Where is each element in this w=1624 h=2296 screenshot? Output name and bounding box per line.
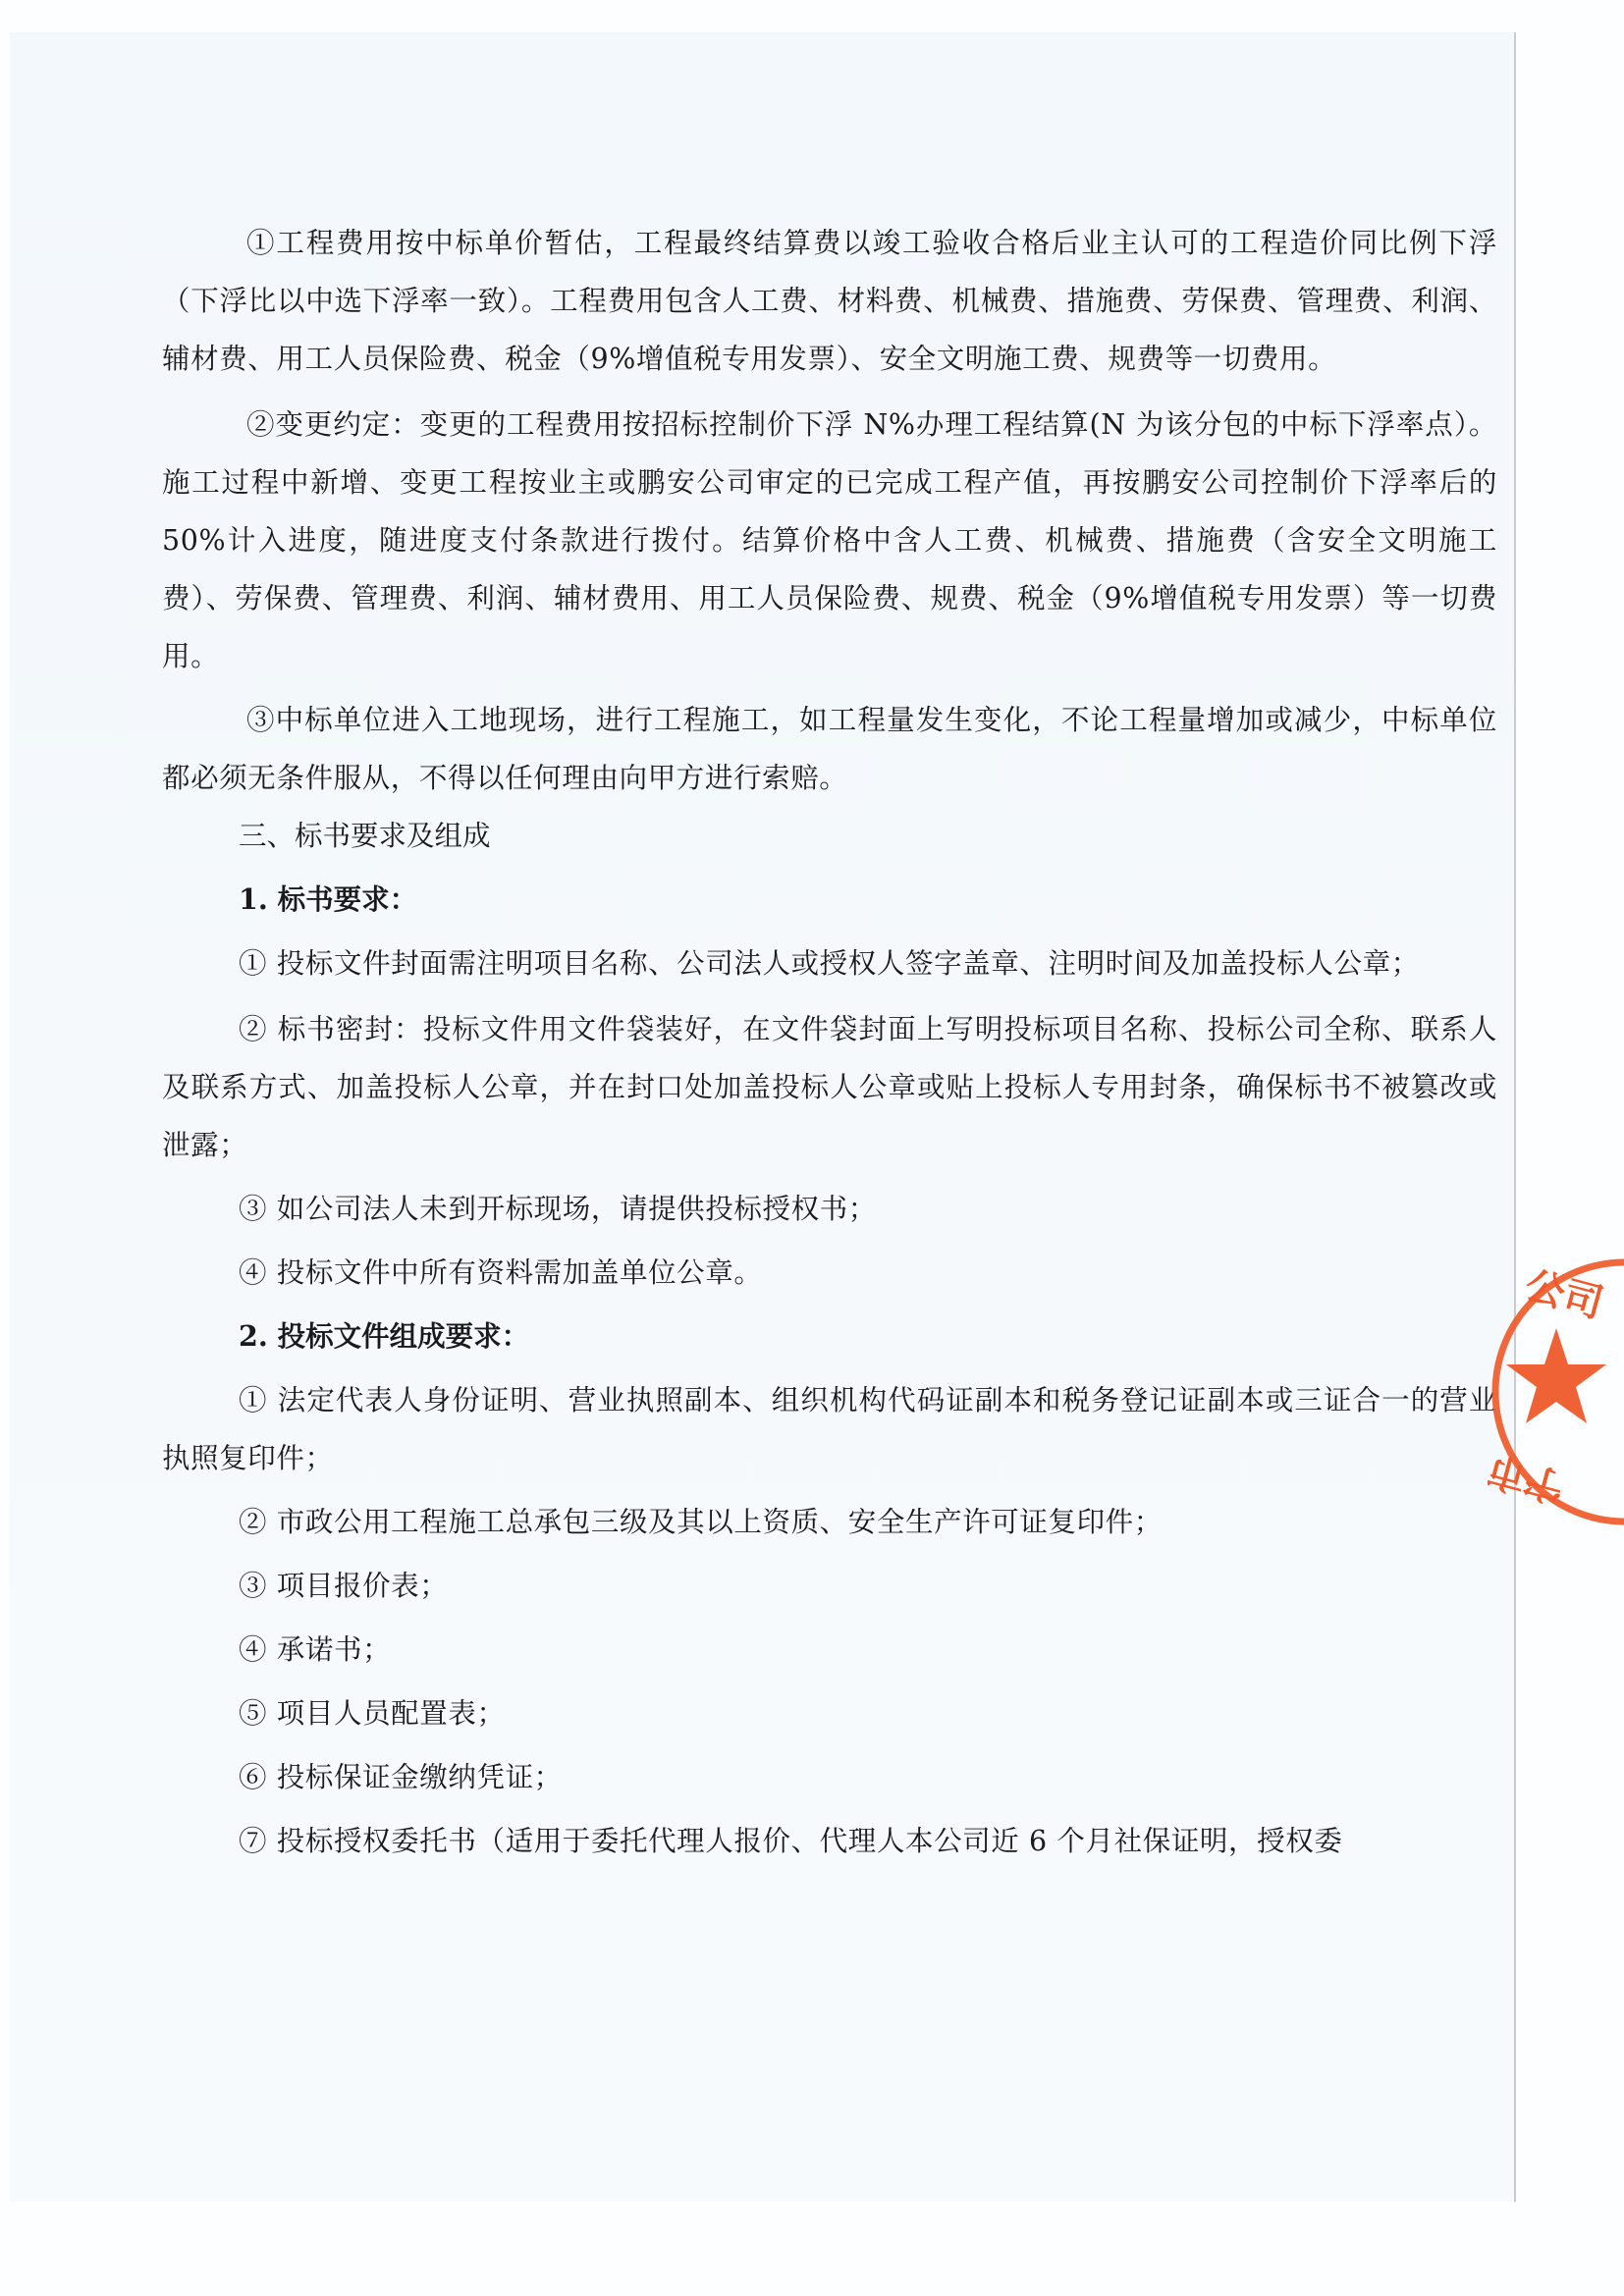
list-item-commitment: ④ 承诺书；: [162, 1621, 1497, 1679]
item-number: ①: [239, 947, 267, 980]
item-number: ①: [246, 227, 276, 259]
item-text: 标书密封：投标文件用文件袋装好，在文件袋封面上写明投标项目名称、投标公司全称、联…: [162, 1013, 1497, 1161]
item-number: ②: [246, 408, 275, 441]
subsection-heading-bid-requirements: 1. 标书要求：: [162, 871, 1497, 929]
item-number: ③: [239, 1193, 267, 1225]
item-text: 变更约定：变更的工程费用按招标控制价下浮 N%办理工程结算(N 为该分包的中标下…: [162, 408, 1497, 672]
item-text: 投标文件封面需注明项目名称、公司法人或授权人签字盖章、注明时间及加盖投标人公章；: [277, 947, 1420, 980]
seal-star-icon: [1506, 1328, 1606, 1423]
subsection-heading-bid-composition: 2. 投标文件组成要求：: [162, 1308, 1497, 1365]
item-number: ②: [239, 1506, 267, 1538]
list-item-deposit: ⑥ 投标保证金缴纳凭证；: [162, 1748, 1497, 1806]
item-number: ④: [239, 1256, 267, 1289]
item-text: 工程费用按中标单价暂估，工程最终结算费以竣工验收合格后业主认可的工程造价同比例下…: [162, 227, 1497, 375]
item-text: 投标授权委托书（适用于委托代理人报价、代理人本公司近 6 个月社保证明，授权委: [277, 1825, 1343, 1857]
list-item-qualification: ② 市政公用工程施工总承包三级及其以上资质、安全生产许可证复印件；: [162, 1493, 1497, 1551]
item-text: 如公司法人未到开标现场，请提供投标授权书；: [277, 1193, 877, 1225]
paragraph-quantity-change: ③中标单位进入工地现场，进行工程施工，如工程量发生变化，不论工程量增加或减少，中…: [162, 691, 1497, 807]
item-text: 项目报价表；: [277, 1570, 449, 1602]
item-number: ⑥: [239, 1761, 267, 1793]
list-item-power-of-attorney: ⑦ 投标授权委托书（适用于委托代理人报价、代理人本公司近 6 个月社保证明，授权…: [162, 1812, 1497, 1870]
item-text: 承诺书；: [277, 1633, 391, 1666]
item-text: 项目人员配置表；: [277, 1697, 506, 1730]
document-body: ①工程费用按中标单价暂估，工程最终结算费以竣工验收合格后业主认可的工程造价同比例…: [162, 214, 1497, 1870]
list-item-staffing: ⑤ 项目人员配置表；: [162, 1684, 1497, 1742]
item-number: ①: [239, 1384, 268, 1416]
paragraph-fee-estimate: ①工程费用按中标单价暂估，工程最终结算费以竣工验收合格后业主认可的工程造价同比例…: [162, 214, 1497, 388]
seal-text-top: 公司: [1520, 1263, 1607, 1327]
item-text: 投标文件中所有资料需加盖单位公章。: [277, 1256, 763, 1289]
item-number: ③: [239, 1570, 267, 1602]
item-text: 市政公用工程施工总承包三级及其以上资质、安全生产许可证复印件；: [277, 1506, 1163, 1538]
list-item-stamp: ④ 投标文件中所有资料需加盖单位公章。: [162, 1244, 1497, 1302]
item-number: ②: [239, 1013, 268, 1045]
item-number: ③: [246, 704, 276, 736]
section-heading-bid-requirements: 三、标书要求及组成: [162, 807, 1497, 865]
list-item-sealing: ② 标书密封：投标文件用文件袋装好，在文件袋封面上写明投标项目名称、投标公司全称…: [162, 1000, 1497, 1174]
item-text: 投标保证金缴纳凭证；: [277, 1761, 563, 1793]
item-number: ⑦: [239, 1825, 267, 1857]
list-item-cover: ① 投标文件封面需注明项目名称、公司法人或授权人签字盖章、注明时间及加盖投标人公…: [162, 934, 1497, 992]
list-item-authorization: ③ 如公司法人未到开标现场，请提供投标授权书；: [162, 1180, 1497, 1238]
item-text: 法定代表人身份证明、营业执照副本、组织机构代码证副本和税务登记证副本或三证合一的…: [162, 1384, 1497, 1474]
item-number: ⑤: [239, 1697, 267, 1730]
paragraph-change-agreement: ②变更约定：变更的工程费用按招标控制价下浮 N%办理工程结算(N 为该分包的中标…: [162, 396, 1497, 685]
list-item-quotation: ③ 项目报价表；: [162, 1557, 1497, 1615]
item-text: 中标单位进入工地现场，进行工程施工，如工程量发生变化，不论工程量增加或减少，中标…: [162, 704, 1497, 794]
page-edge-shadow: [1514, 32, 1516, 2202]
list-item-licenses: ① 法定代表人身份证明、营业执照副本、组织机构代码证副本和税务登记证副本或三证合…: [162, 1371, 1497, 1487]
item-number: ④: [239, 1633, 267, 1666]
